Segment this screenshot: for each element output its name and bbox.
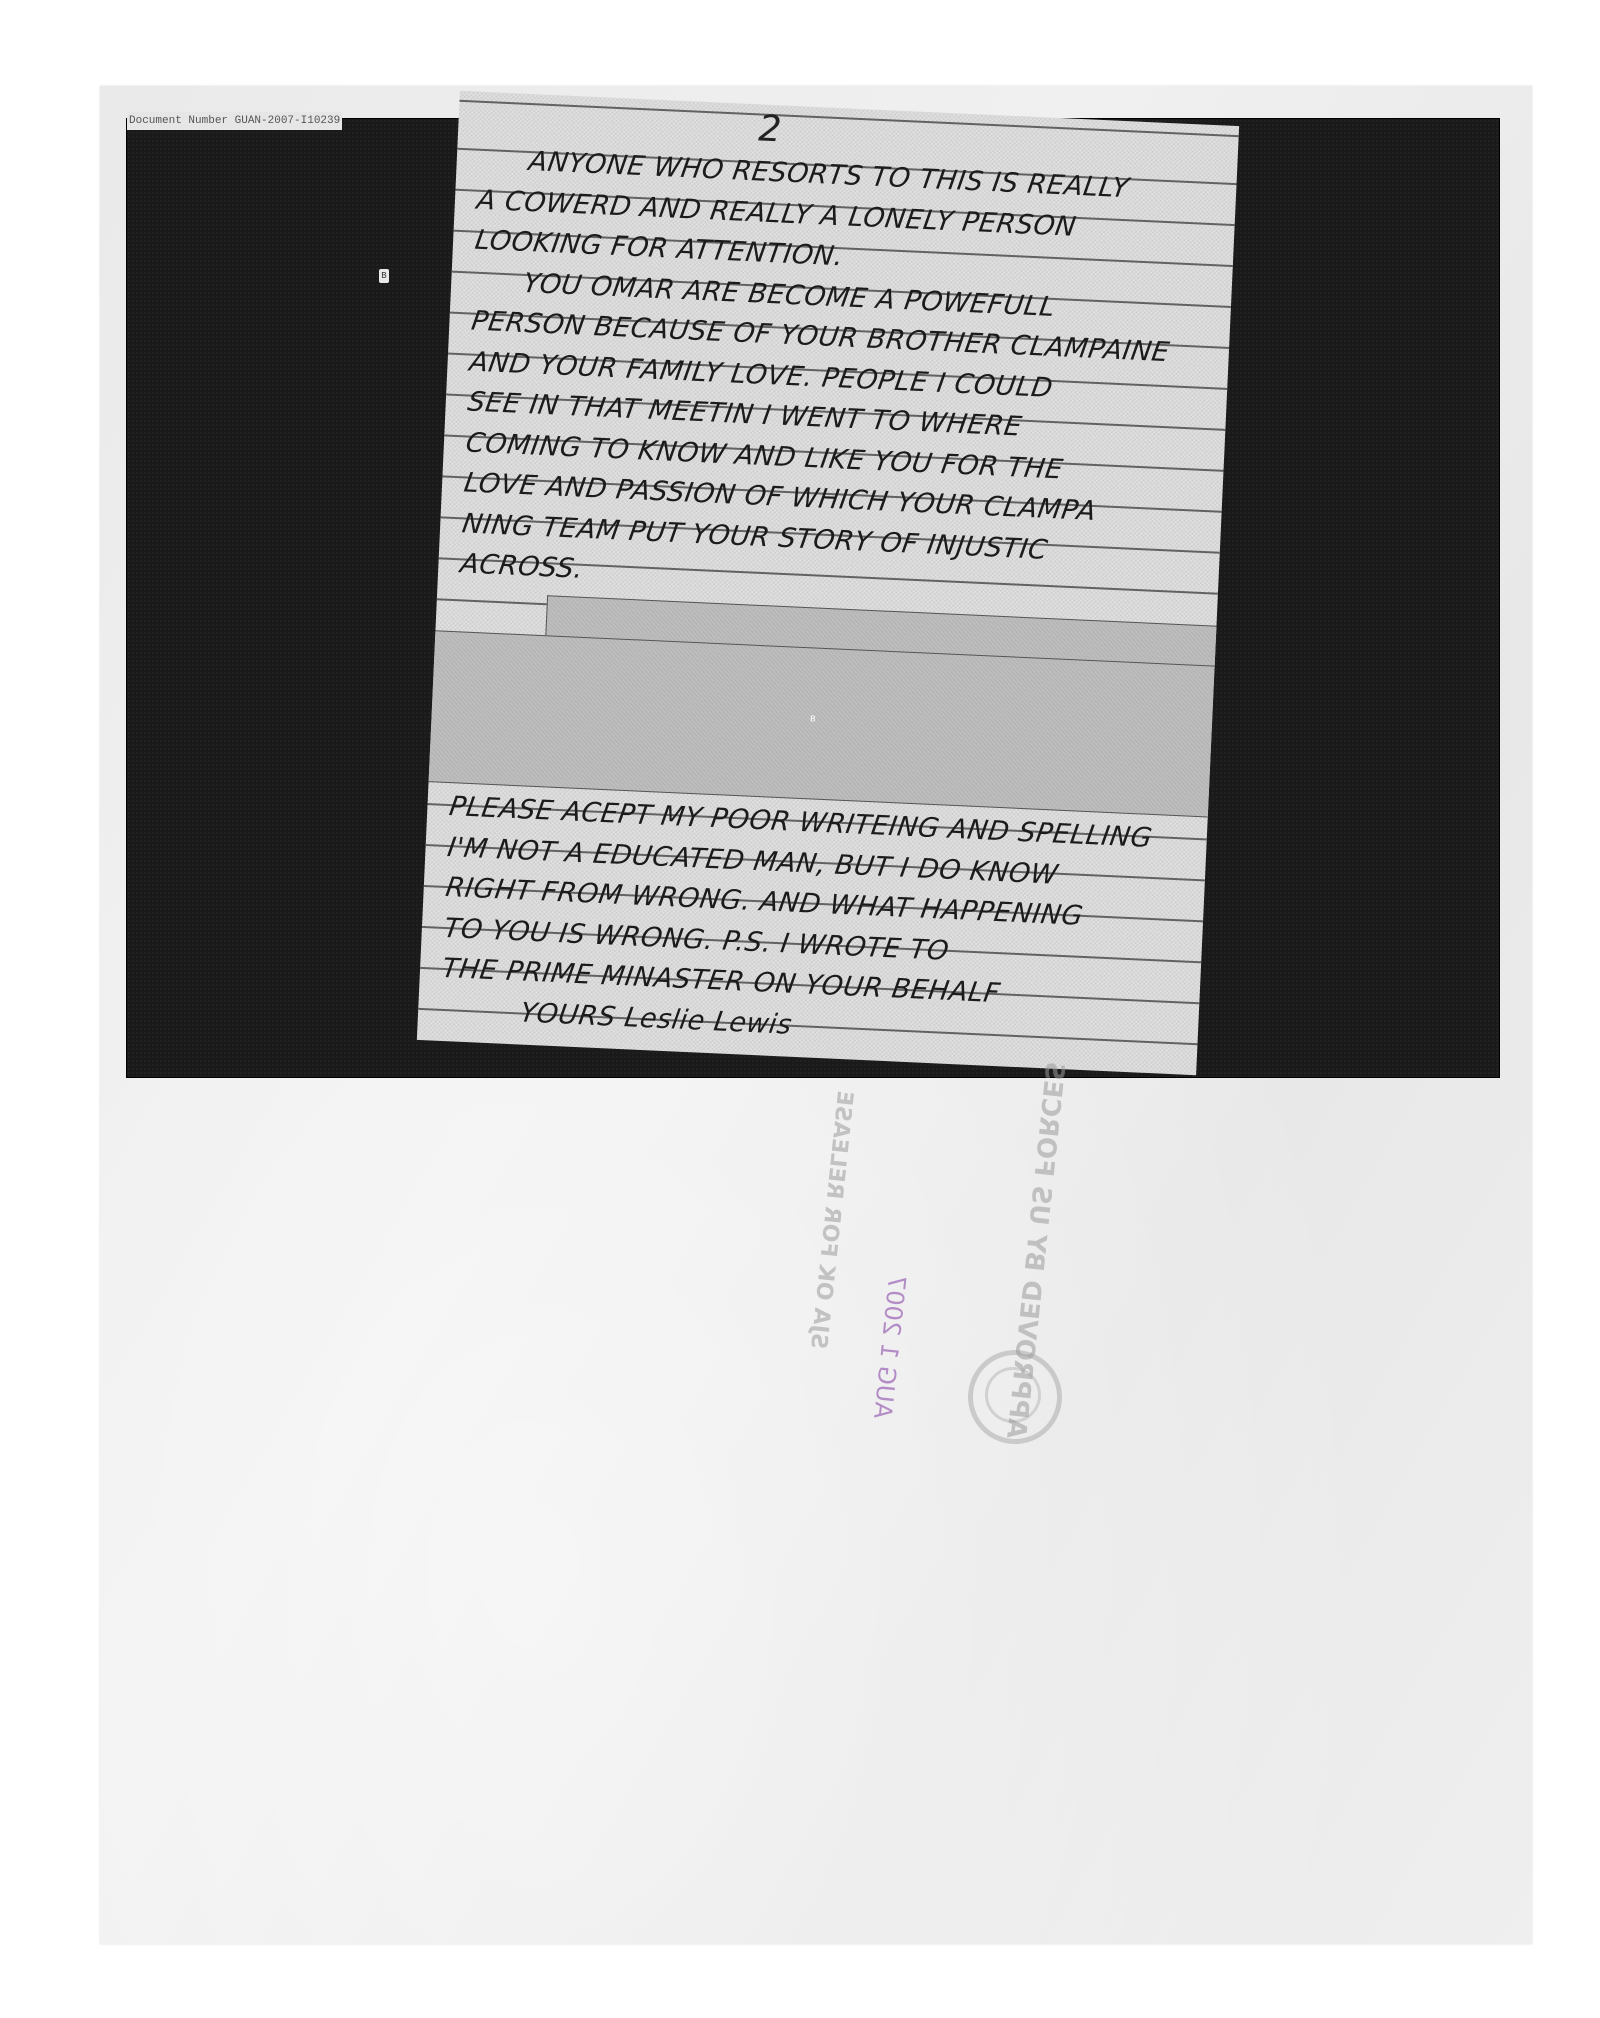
- handwritten-letter: 2 ANYONE WHO RESORTS TO THIS IS REALLY A…: [417, 91, 1239, 1075]
- letter-page-number: 2: [758, 108, 783, 150]
- document-number: Document Number GUAN-2007-I10239: [127, 112, 342, 130]
- redaction-marker: B: [807, 712, 818, 726]
- letter-body: ANYONE WHO RESORTS TO THIS IS REALLY A C…: [460, 140, 1219, 619]
- letter-body-continued: PLEASE ACEPT MY POOR WRITEING AND SPELLI…: [439, 787, 1189, 1063]
- redaction-marker: B: [379, 269, 389, 283]
